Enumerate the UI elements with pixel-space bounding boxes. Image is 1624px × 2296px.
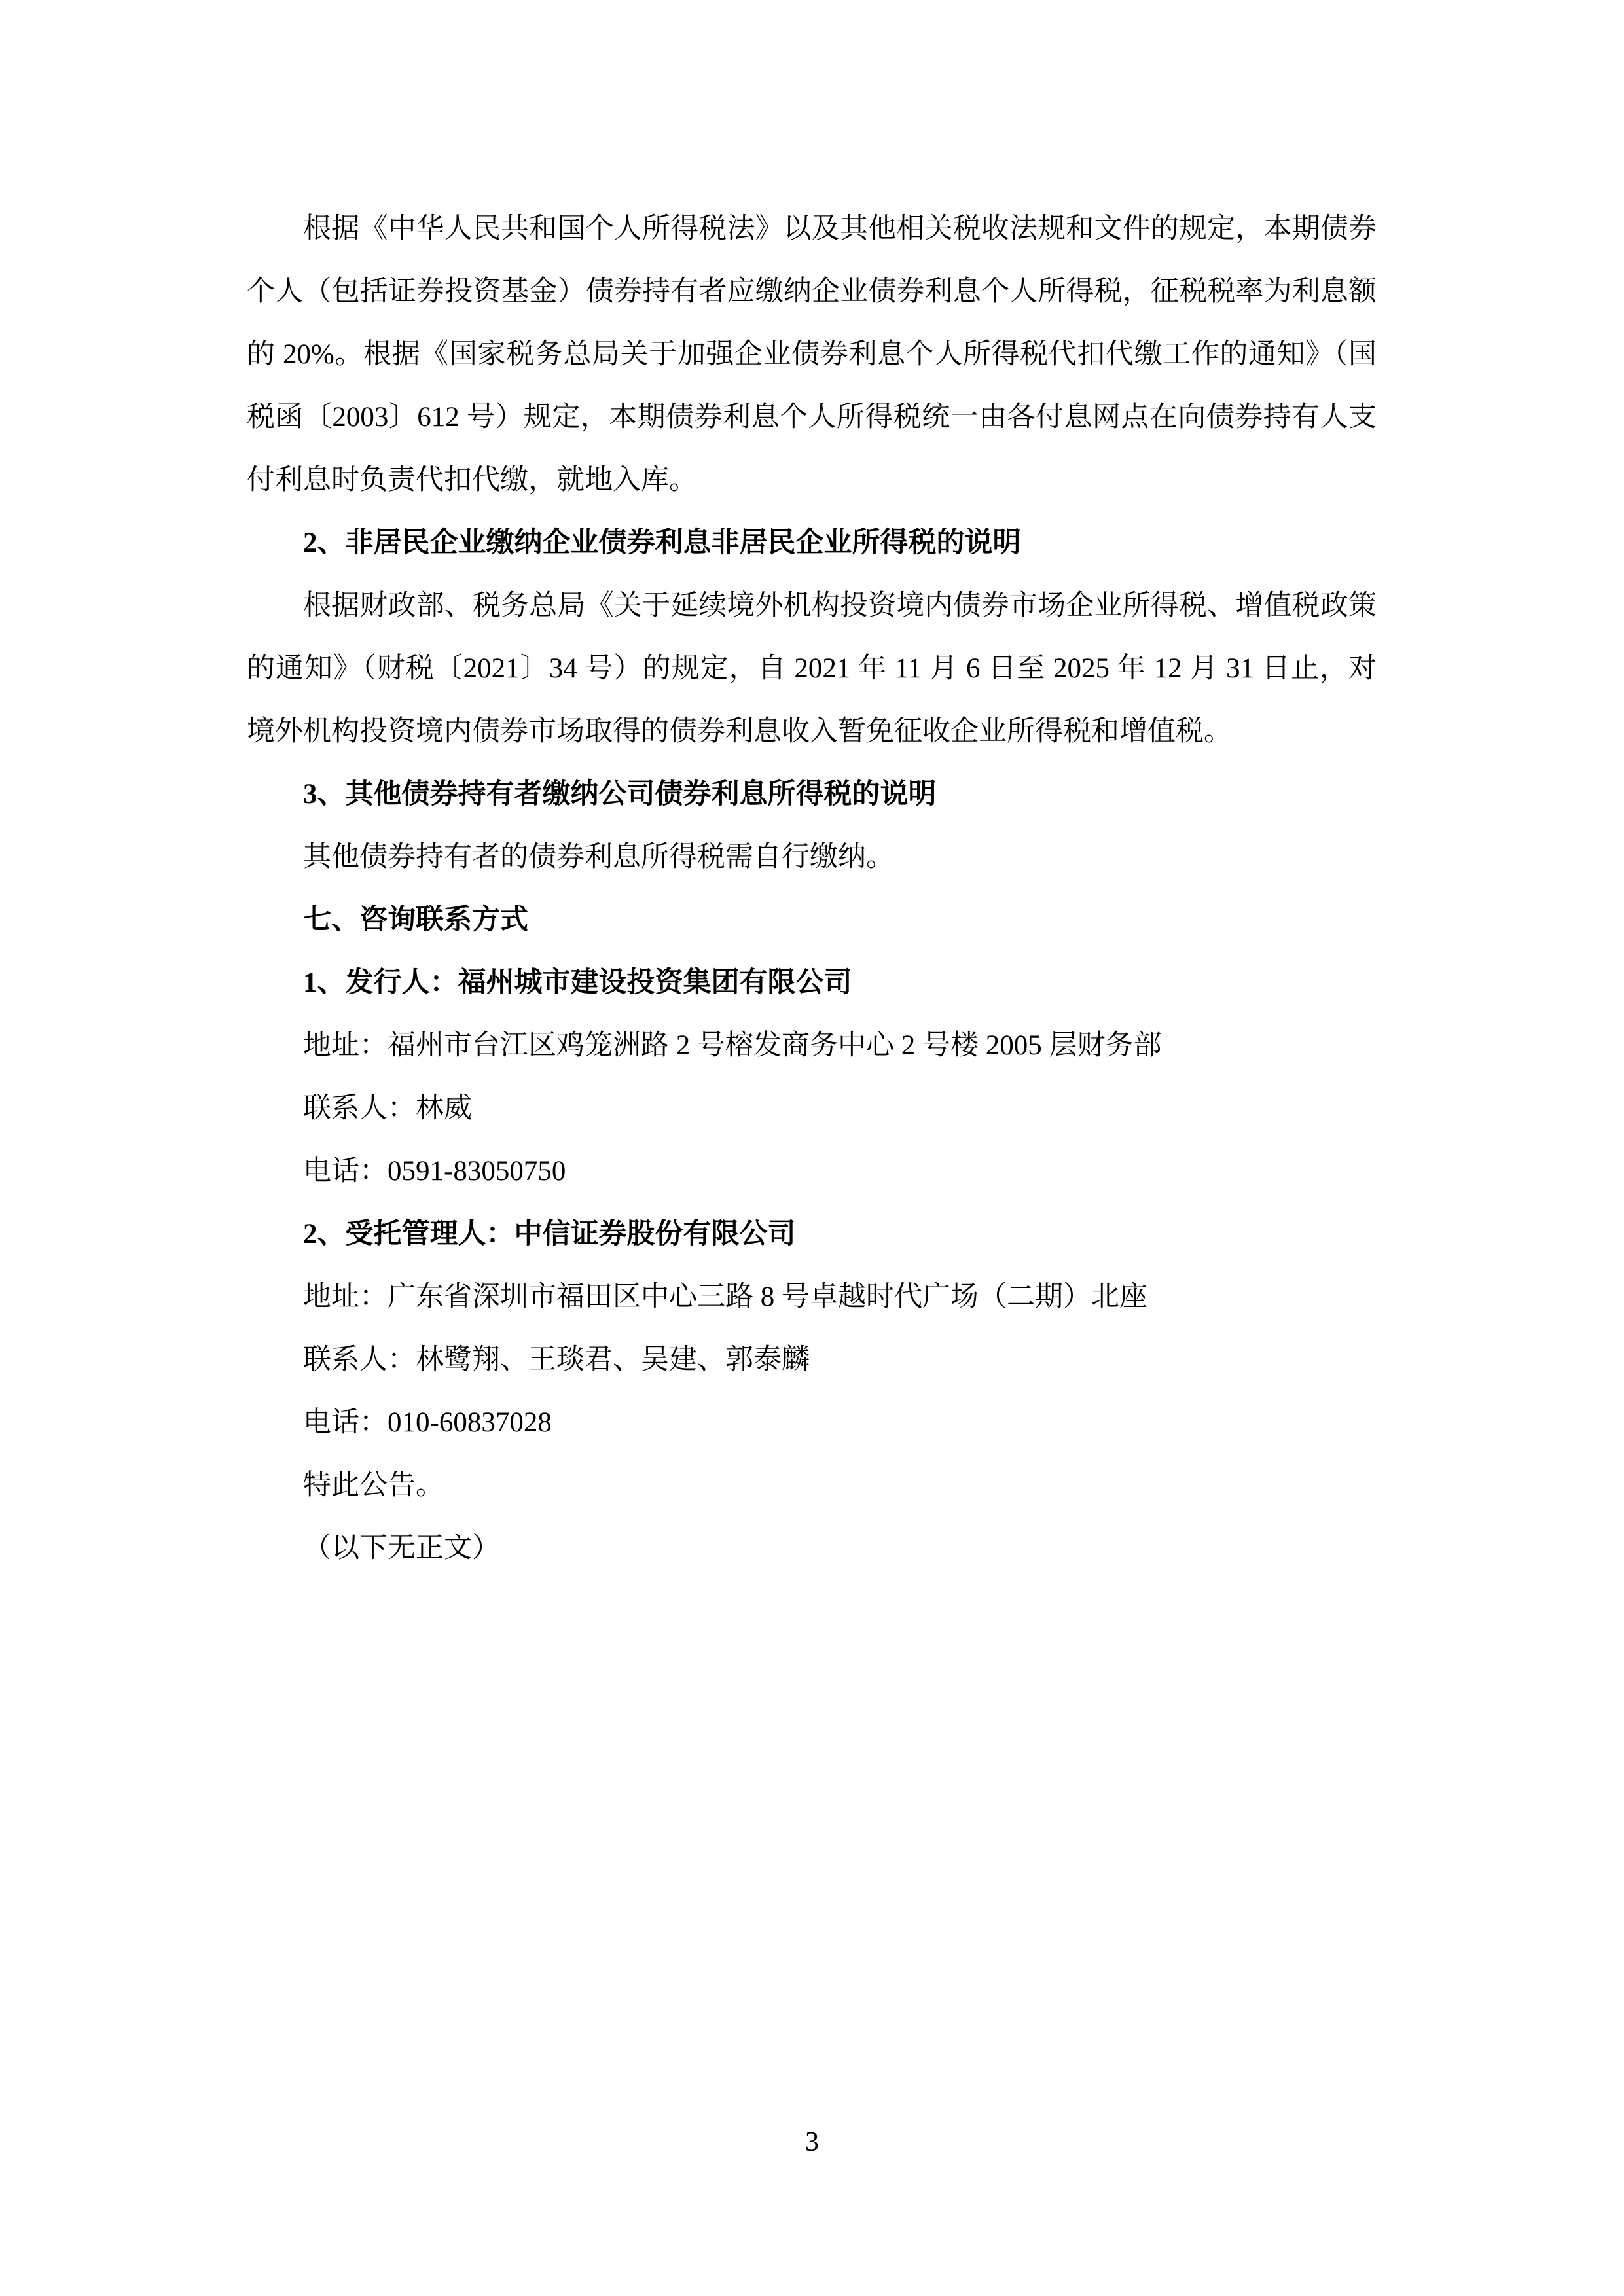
- trustee-phone: 电话：010-60837028: [247, 1391, 1377, 1454]
- issuer-contact-person: 联系人：林威: [247, 1077, 1377, 1140]
- issuer-phone: 电话：0591-83050750: [247, 1140, 1377, 1203]
- heading-other-bondholders-tax: 3、其他债券持有者缴纳公司债券利息所得税的说明: [247, 763, 1377, 826]
- heading-trustee: 2、受托管理人：中信证券股份有限公司: [247, 1203, 1377, 1266]
- document-page: 根据《中华人民共和国个人所得税法》以及其他相关税收法规和文件的规定，本期债券个人…: [0, 0, 1624, 2296]
- trustee-address: 地址：广东省深圳市福田区中心三路 8 号卓越时代广场（二期）北座: [247, 1266, 1377, 1329]
- paragraph-nonresident-policy: 根据财政部、税务总局《关于延续境外机构投资境内债券市场企业所得税、增值税政策的通…: [247, 575, 1377, 763]
- heading-contact-info: 七、咨询联系方式: [247, 889, 1377, 952]
- heading-issuer: 1、发行人：福州城市建设投资集团有限公司: [247, 952, 1377, 1014]
- paragraph-individual-income-tax: 根据《中华人民共和国个人所得税法》以及其他相关税收法规和文件的规定，本期债券个人…: [247, 198, 1377, 512]
- trustee-contact-person: 联系人：林鹭翔、王琰君、吴建、郭泰麟: [247, 1329, 1377, 1391]
- paragraph-other-bondholders: 其他债券持有者的债券利息所得税需自行缴纳。: [247, 826, 1377, 889]
- heading-nonresident-enterprise-tax: 2、非居民企业缴纳企业债券利息非居民企业所得税的说明: [247, 512, 1377, 575]
- document-body: 根据《中华人民共和国个人所得税法》以及其他相关税收法规和文件的规定，本期债券个人…: [247, 198, 1377, 1580]
- page-number: 3: [0, 2128, 1624, 2156]
- closing-statement: 特此公告。: [247, 1454, 1377, 1517]
- issuer-address: 地址：福州市台江区鸡笼洲路 2 号榕发商务中心 2 号楼 2005 层财务部: [247, 1014, 1377, 1077]
- no-body-text-note: （以下无正文）: [247, 1517, 1377, 1580]
